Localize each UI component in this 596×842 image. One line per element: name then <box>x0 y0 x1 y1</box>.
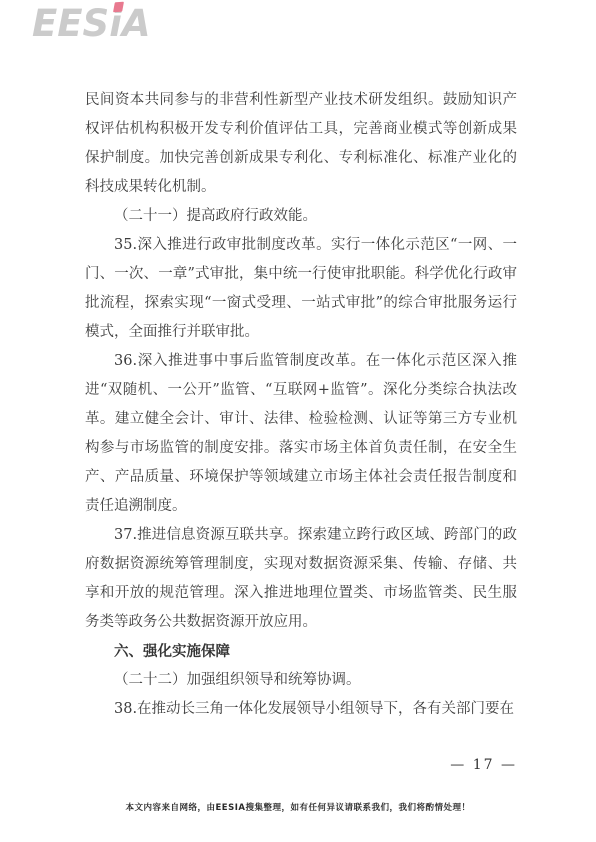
section-heading-6: 六、强化实施保障 <box>85 637 517 666</box>
logo-text-left: EES <box>32 2 109 45</box>
paragraph-38: 38.在推动长三角一体化发展领导小组领导下，各有关部门要在 <box>85 695 517 724</box>
paragraph-36: 36.深入推进事中事后监管制度改革。在一体化示范区深入推进“双随机、一公开”监管… <box>85 347 517 521</box>
paragraph-item-22-heading: （二十二）加强组织领导和统筹协调。 <box>85 666 517 695</box>
document-body: 民间资本共同参与的非营利性新型产业技术研发组织。鼓励知识产权评估机构积极开发专利… <box>85 86 517 724</box>
footer-disclaimer: 本文内容来自网络，由EESIA搜集整理，如有任何异议请联系我们，我们将酌情处理！ <box>0 801 596 813</box>
eesia-logo: EESiA <box>32 2 151 46</box>
logo-letter-i: i <box>109 2 122 46</box>
page-number: — 17 — <box>450 757 517 773</box>
paragraph-item-21-heading: （二十一）提高政府行政效能。 <box>85 202 517 231</box>
paragraph-continuation: 民间资本共同参与的非营利性新型产业技术研发组织。鼓励知识产权评估机构积极开发专利… <box>85 86 517 202</box>
document-page: EESiA 民间资本共同参与的非营利性新型产业技术研发组织。鼓励知识产权评估机构… <box>0 0 596 842</box>
paragraph-37: 37.推进信息资源互联共享。探索建立跨行政区域、跨部门的政府数据资源统筹管理制度… <box>85 521 517 637</box>
logo-text-right: A <box>122 2 151 45</box>
paragraph-35: 35.深入推进行政审批制度改革。实行一体化示范区“一网、一门、一次、一章”式审批… <box>85 231 517 347</box>
